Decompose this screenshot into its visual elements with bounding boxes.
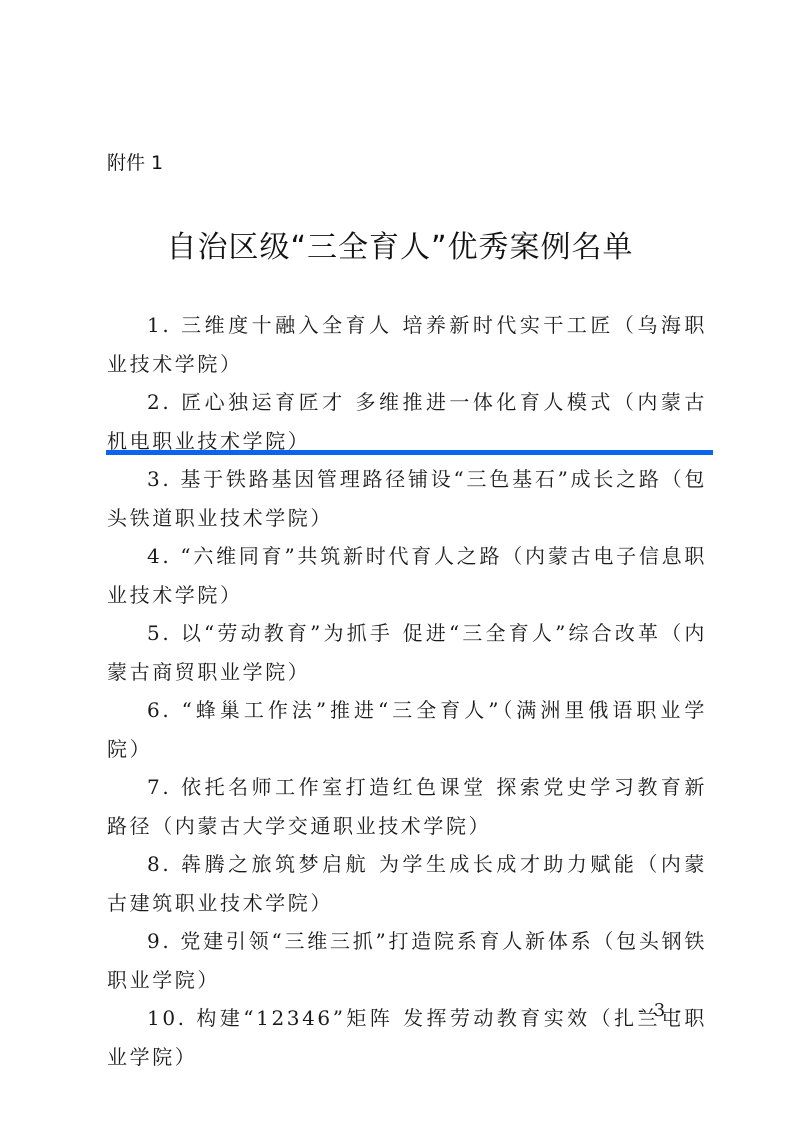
list-item: 10. 构建“12346”矩阵 发挥劳动教育实效（扎兰屯职业学院） bbox=[107, 999, 707, 1076]
list-item: 7. 依托名师工作室打造红色课堂 探索党史学习教育新路径（内蒙古大学交通职业技术… bbox=[107, 768, 707, 845]
list-item: 1. 三维度十融入全育人 培养新时代实干工匠（乌海职业技术学院） bbox=[107, 306, 707, 383]
list-item: 6. “蜂巢工作法”推进“三全育人”（满洲里俄语职业学院） bbox=[107, 691, 707, 768]
selection-highlight-bar bbox=[106, 450, 713, 455]
list-item: 3. 基于铁路基因管理路径铺设“三色基石”成长之路（包头铁道职业技术学院） bbox=[107, 460, 707, 537]
attachment-label: 附件 1 bbox=[107, 148, 163, 175]
case-list: 1. 三维度十融入全育人 培养新时代实干工匠（乌海职业技术学院） 2. 匠心独运… bbox=[107, 306, 707, 1076]
list-item: 4. “六维同育”共筑新时代育人之路（内蒙古电子信息职业技术学院） bbox=[107, 537, 707, 614]
document-page: 附件 1 自治区级“三全育人”优秀案例名单 1. 三维度十融入全育人 培养新时代… bbox=[0, 0, 800, 1131]
list-item: 8. 犇腾之旅筑梦启航 为学生成长成才助力赋能（内蒙古建筑职业技术学院） bbox=[107, 845, 707, 922]
list-item: 2. 匠心独运育匠才 多维推进一体化育人模式（内蒙古机电职业技术学院） bbox=[107, 383, 707, 460]
document-title: 自治区级“三全育人”优秀案例名单 bbox=[0, 222, 800, 266]
page-number: - 3 - bbox=[638, 1000, 683, 1021]
list-item: 9. 党建引领“三维三抓”打造院系育人新体系（包头钢铁职业学院） bbox=[107, 922, 707, 999]
list-item: 5. 以“劳动教育”为抓手 促进“三全育人”综合改革（内蒙古商贸职业学院） bbox=[107, 614, 707, 691]
